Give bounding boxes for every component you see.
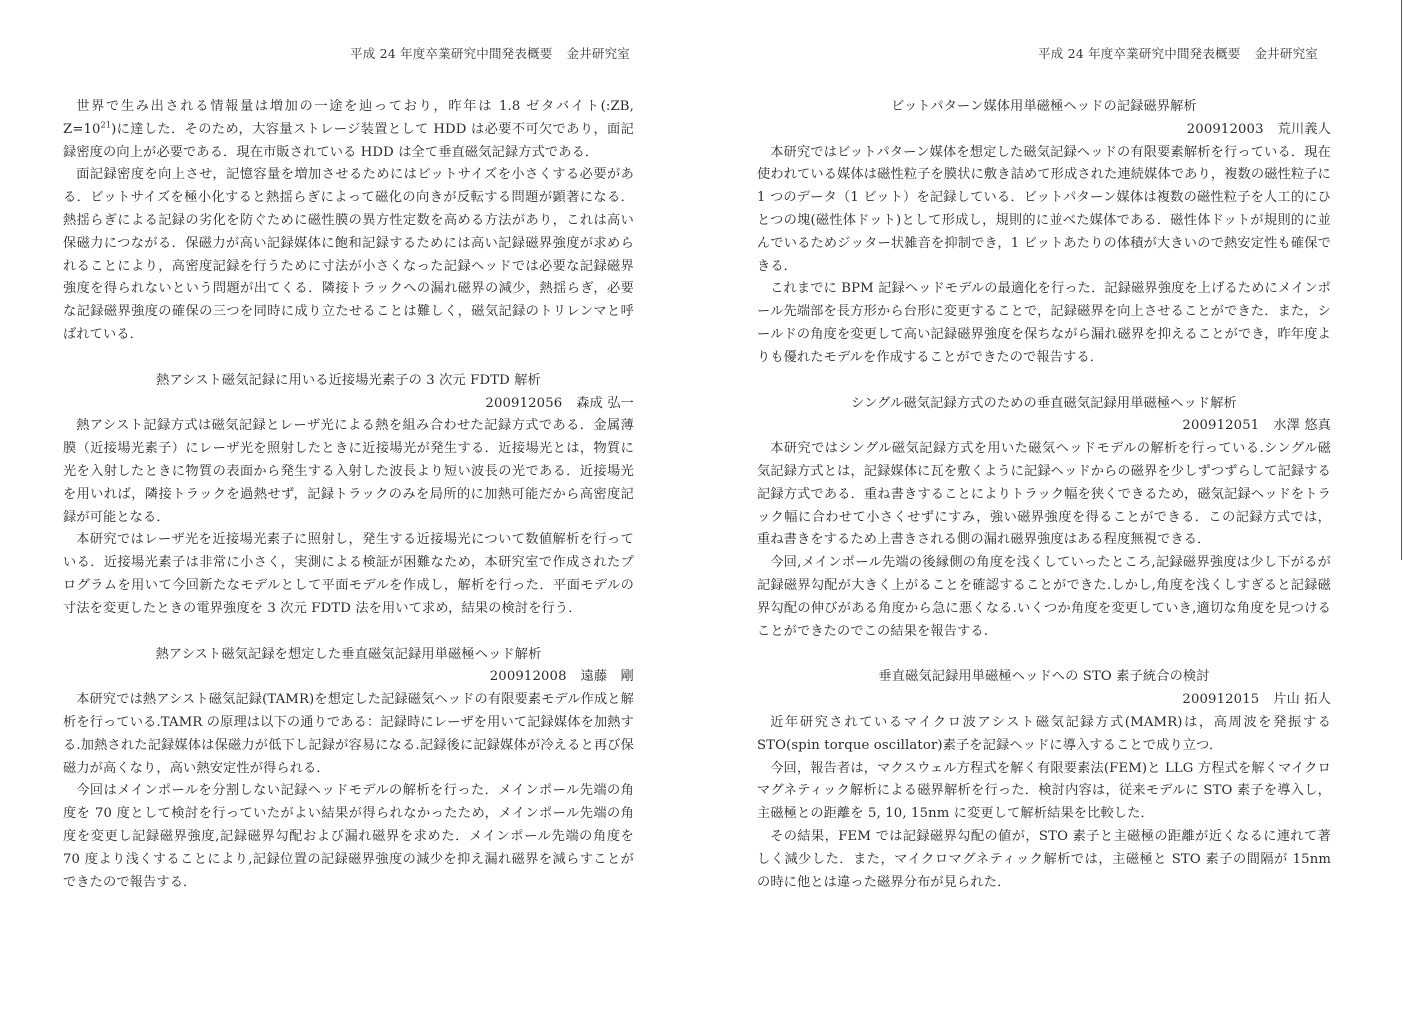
byline: 200912056森成 弘一 — [63, 393, 634, 416]
abstract-section-katayama: 垂直磁気記録用単磁極ヘッドへの STO 素子統合の検討 200912015片山 … — [757, 666, 1331, 894]
section-paragraph: これまでに BPM 記録ヘッドモデルの最適化を行った．記録磁界強度を上げるために… — [757, 278, 1331, 369]
student-id: 200912051 — [1182, 418, 1259, 433]
section-paragraph: 今回はメインポールを分割しない記録ヘッドモデルの解析を行った．メインポール先端の… — [63, 780, 634, 894]
author-name: 荒川義人 — [1278, 122, 1331, 137]
intro-paragraph-2: 面記録密度を向上させ，記憶容量を増加させるためにはビットサイズを小さくする必要が… — [63, 164, 634, 346]
section-paragraph: 今回，報告者は，マクスウェル方程式を解く有限要素法(FEM)と LLG 方程式を… — [757, 758, 1331, 826]
section-paragraph: 本研究ではシングル磁気記録方式を用いた磁気ヘッドモデルの解析を行っている.シング… — [757, 438, 1331, 552]
intro-section: 世界で生み出される情報量は増加の一途を辿っており，昨年は 1.8 ゼタバイト(:… — [63, 96, 634, 347]
byline: 200912051水澤 悠真 — [757, 415, 1331, 438]
running-head-title: 平成 24 年度卒業研究中間発表概要 — [350, 46, 552, 61]
running-head-title: 平成 24 年度卒業研究中間発表概要 — [1038, 46, 1240, 61]
section-paragraph: 本研究では熱アシスト磁気記録(TAMR)を想定した記録磁気ヘッドの有限要素モデル… — [63, 689, 634, 780]
intro-paragraph-1: 世界で生み出される情報量は増加の一途を辿っており，昨年は 1.8 ゼタバイト(:… — [63, 96, 634, 164]
abstract-section-endo: 熱アシスト磁気記録を想定した垂直磁気記録用単磁極ヘッド解析 200912008遠… — [63, 644, 634, 895]
author-name: 水澤 悠真 — [1273, 418, 1331, 433]
running-head-lab: 金井研究室 — [1254, 46, 1318, 61]
section-title: シングル磁気記録方式のための垂直磁気記録用単磁極ヘッド解析 — [757, 393, 1331, 416]
student-id: 200912003 — [1187, 122, 1264, 137]
student-id: 200912056 — [485, 396, 562, 411]
document-spread: 平成 24 年度卒業研究中間発表概要金井研究室 世界で生み出される情報量は増加の… — [0, 0, 1403, 1020]
running-head-left: 平成 24 年度卒業研究中間発表概要金井研究室 — [350, 44, 630, 62]
running-head-right: 平成 24 年度卒業研究中間発表概要金井研究室 — [1038, 44, 1318, 62]
section-paragraph: その結果，FEM では記録磁界勾配の値が，STO 素子と主磁極の距離が近くなるに… — [757, 826, 1331, 894]
section-title: 熱アシスト磁気記録に用いる近接場光素子の 3 次元 FDTD 解析 — [63, 370, 634, 393]
author-name: 片山 拓人 — [1273, 692, 1331, 707]
left-page: 平成 24 年度卒業研究中間発表概要金井研究室 世界で生み出される情報量は増加の… — [0, 0, 700, 1020]
section-title: ビットパターン媒体用単磁極ヘッドの記録磁界解析 — [757, 96, 1331, 119]
author-name: 遠藤 剛 — [581, 669, 634, 684]
left-body: 世界で生み出される情報量は増加の一途を辿っており，昨年は 1.8 ゼタバイト(:… — [63, 96, 634, 894]
page-edge-line — [1401, 0, 1402, 560]
student-id: 200912015 — [1182, 692, 1259, 707]
right-body: ビットパターン媒体用単磁極ヘッドの記録磁界解析 200912003荒川義人 本研… — [757, 96, 1331, 894]
section-title: 熱アシスト磁気記録を想定した垂直磁気記録用単磁極ヘッド解析 — [63, 644, 634, 667]
byline: 200912003荒川義人 — [757, 119, 1331, 142]
abstract-section-morinari: 熱アシスト磁気記録に用いる近接場光素子の 3 次元 FDTD 解析 200912… — [63, 370, 634, 621]
section-paragraph: 近年研究されているマイクロ波アシスト磁気記録方式(MAMR)は，高周波を発振する… — [757, 712, 1331, 758]
right-page: 平成 24 年度卒業研究中間発表概要金井研究室 ビットパターン媒体用単磁極ヘッド… — [700, 0, 1403, 1020]
section-title: 垂直磁気記録用単磁極ヘッドへの STO 素子統合の検討 — [757, 666, 1331, 689]
byline: 200912008遠藤 剛 — [63, 666, 634, 689]
abstract-section-mizusawa: シングル磁気記録方式のための垂直磁気記録用単磁極ヘッド解析 200912051水… — [757, 393, 1331, 644]
section-paragraph: 本研究ではビットパターン媒体を想定した磁気記録ヘッドの有限要素解析を行っている．… — [757, 142, 1331, 279]
byline: 200912015片山 拓人 — [757, 689, 1331, 712]
section-paragraph: 本研究ではレーザ光を近接場光素子に照射し，発生する近接場光について数値解析を行っ… — [63, 529, 634, 620]
student-id: 200912008 — [490, 669, 567, 684]
section-paragraph: 熱アシスト記録方式は磁気記録とレーザ光による熱を組み合わせた記録方式である．金属… — [63, 415, 634, 529]
running-head-lab: 金井研究室 — [566, 46, 630, 61]
author-name: 森成 弘一 — [576, 396, 634, 411]
section-paragraph: 今回,メインポール先端の後縁側の角度を浅くしていったところ,記録磁界強度は少し下… — [757, 552, 1331, 643]
abstract-section-arakawa: ビットパターン媒体用単磁極ヘッドの記録磁界解析 200912003荒川義人 本研… — [757, 96, 1331, 370]
